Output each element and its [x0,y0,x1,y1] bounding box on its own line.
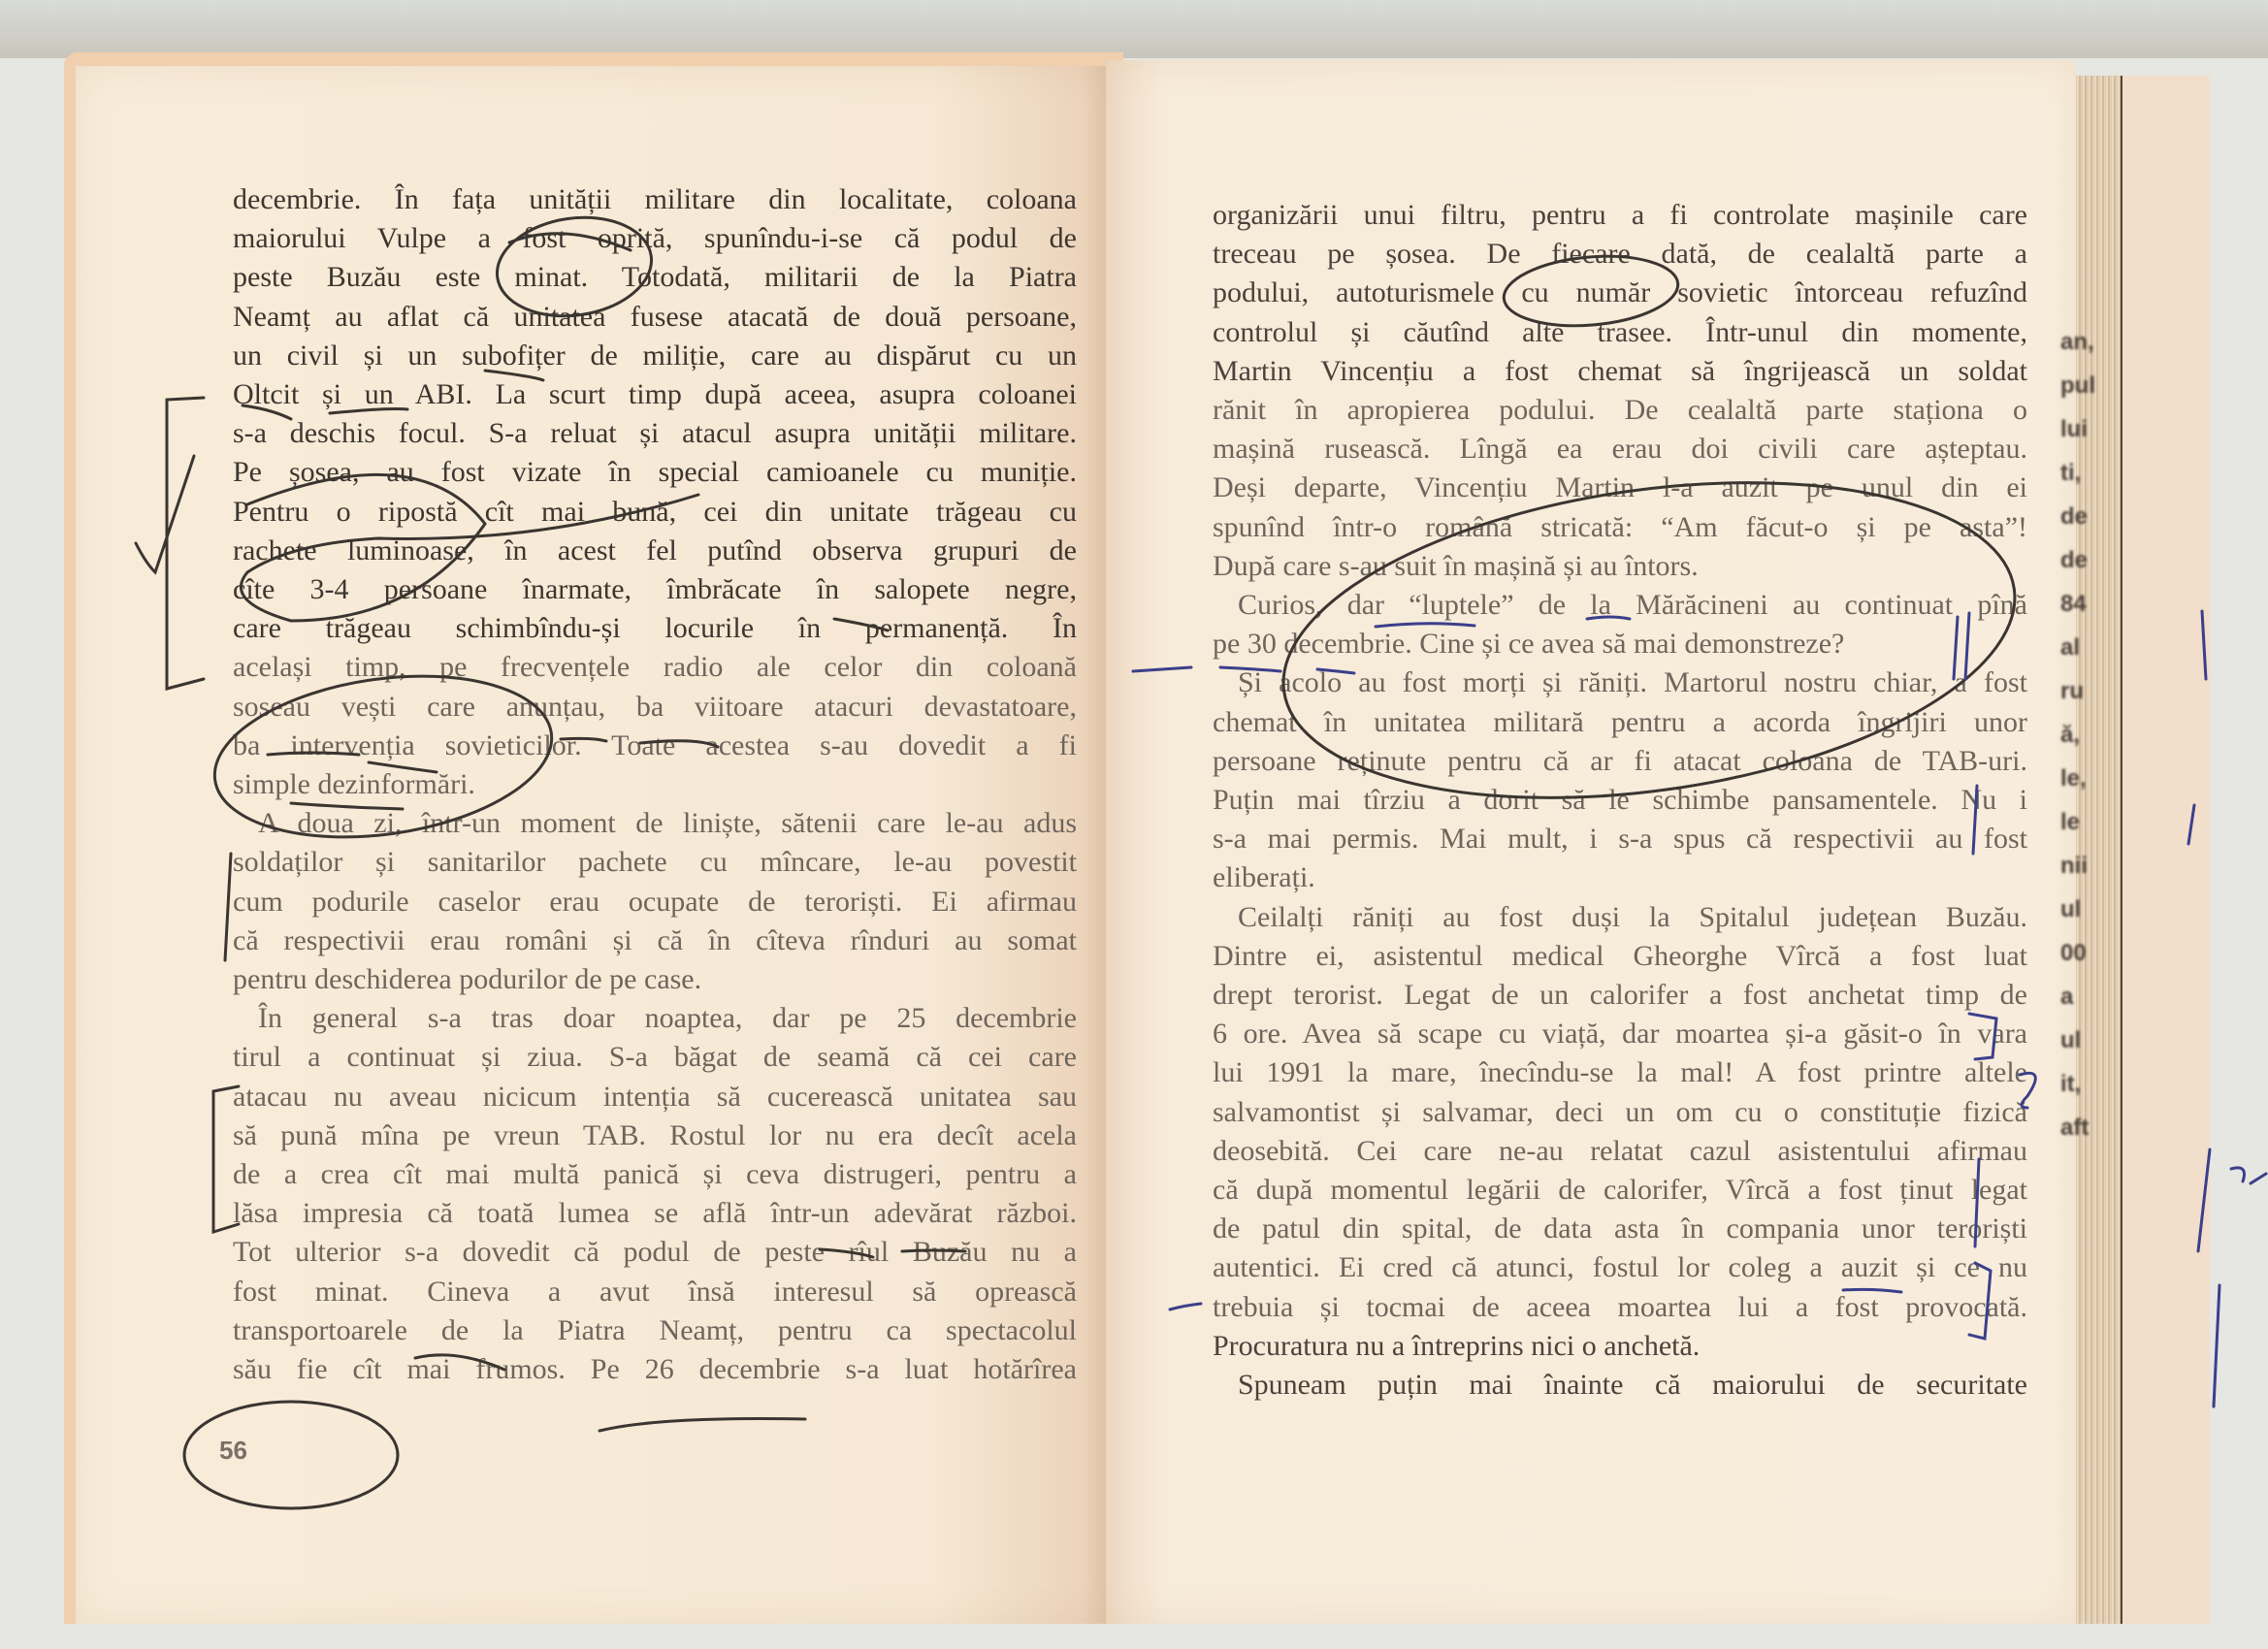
bleed-word: ul [2060,1018,2095,1062]
next-page-bleed-text: an, pul lui ti, de de 84 al ru ă, le, le… [2060,320,2095,1149]
text-line: trebuia și tocmai de aceea moartea lui a… [1213,1288,2027,1327]
bleed-word: lui [2060,407,2095,451]
text-line: de a crea cît mai multă panică și ceva d… [233,1155,1077,1194]
text-line: peste Buzău este minat. Totodată, milita… [233,258,1077,297]
text-line: să pună mîna pe vreun TAB. Rostul lor nu… [233,1116,1077,1155]
bleed-word: le, [2060,757,2095,800]
left-page: decembrie. În fața unității militare din… [64,52,1123,1624]
bleed-word: a [2060,975,2095,1018]
text-line: fost minat. Cineva a avut însă interesul… [233,1273,1077,1311]
text-line: Ceilalți răniți au fost duși la Spitalul… [1213,898,2027,937]
text-line: spunînd într-o română stricată: “Am făcu… [1213,508,2027,547]
bleed-word: ul [2060,888,2095,931]
bleed-word: pul [2060,364,2095,407]
text-line: Neamț au aflat că unitatea fusese atacat… [233,298,1077,337]
text-line: tirul a continuat și ziua. S-a băgat de … [233,1038,1077,1077]
bleed-word: 84 [2060,582,2095,626]
bleed-word: al [2060,626,2095,669]
text-line: de patul din spital, de data asta în com… [1213,1210,2027,1248]
text-line: maiorului Vulpe a fost oprită, spunîndu-… [233,219,1077,258]
text-line: drept terorist. Legat de un calorifer a … [1213,976,2027,1015]
text-line: Pe șosea, au fost vizate în special cami… [233,453,1077,492]
text-line: salvamontist și salvamar, deci un om cu … [1213,1093,2027,1132]
text-line: transportoarele de la Piatra Neamț, pent… [233,1311,1077,1350]
text-line: că respectivii erau români și că în cîte… [233,921,1077,960]
text-line: Și acolo au fost morți și răniți. Martor… [1213,663,2027,702]
text-line: Deși departe, Vincențiu Martin l-a auzit… [1213,469,2027,507]
text-line: lui 1991 la mare, înecîndu-se la mal! A … [1213,1053,2027,1092]
text-line: decembrie. În fața unității militare din… [233,180,1077,219]
text-line: său fie cît mai frumos. Pe 26 decembrie … [233,1350,1077,1389]
next-page-edge [2121,76,2210,1624]
text-line: simple dezinformări. [233,765,1077,804]
edge-bracket [2214,1285,2219,1406]
text-line: autentici. Ei cred că atunci, fostul lor… [1213,1248,2027,1287]
text-line: s-a deschis focul. S-a reluat și atacul … [233,414,1077,453]
text-line: lăsa impresia că toată lumea se află înt… [233,1194,1077,1233]
bleed-word: de [2060,495,2095,538]
text-line: În general s-a tras doar noaptea, dar pe… [233,999,1077,1038]
text-line: soseau vești care anunțau, ba viitoare a… [233,688,1077,727]
text-line: eliberați. [1213,858,2027,897]
text-line: Dintre ei, asistentul medical Gheorghe V… [1213,937,2027,976]
text-line: care trăgeau schimbîndu-și locurile în p… [233,609,1077,648]
text-line: Pentru o ripostă cît mai bună, cei din u… [233,493,1077,532]
text-line: Puțin mai tîrziu a dorit să le schimbe p… [1213,781,2027,820]
text-line: pe 30 decembrie. Cine și ce avea să mai … [1213,625,2027,663]
bleed-word: an, [2060,320,2095,364]
bleed-word: ti, [2060,451,2095,495]
text-line: că după momentul legării de calorifer, V… [1213,1171,2027,1210]
text-line: Curios, dar “luptele” de la Mărăcineni a… [1213,586,2027,625]
text-line: pentru deschiderea podurilor de pe case. [233,960,1077,999]
text-line: După care s-au suit în mașină și au înto… [1213,547,2027,586]
text-line: s-a mai permis. Mai mult, i s-a spus că … [1213,820,2027,858]
page-number-left: 56 [219,1436,247,1466]
bleed-word: de [2060,538,2095,582]
bleed-word: it, [2060,1062,2095,1106]
text-line: organizării unui filtru, pentru a fi con… [1213,196,2027,235]
text-line: cîte 3-4 persoane înarmate, îmbrăcate în… [233,570,1077,609]
text-line: soldaților și sanitarilor pachete cu mîn… [233,843,1077,882]
text-line: mașină rusească. Lîngă ea erau doi civil… [1213,430,2027,469]
text-line: ba intervenția sovieticilor. Toate acest… [233,727,1077,765]
left-page-text: decembrie. În fața unității militare din… [233,180,1077,1389]
text-line: Procuratura nu a întreprins nici o anche… [1213,1327,2027,1366]
text-line: chemat în unitatea militară pentru a aco… [1213,703,2027,742]
text-line: cum podurile caselor erau ocupate de ter… [233,883,1077,921]
text-line: rachete luminoase, în acest fel putînd o… [233,532,1077,570]
bleed-word: le [2060,800,2095,844]
text-line: 6 ore. Avea să scape cu viață, dar moart… [1213,1015,2027,1053]
open-book: decembrie. În fața unității militare din… [64,52,2198,1624]
right-page: organizării unui filtru, pentru a fi con… [1106,60,2076,1624]
right-page-text: organizării unui filtru, pentru a fi con… [1213,196,2027,1405]
text-line: deosebită. Cei care ne-au relatat cazul … [1213,1132,2027,1171]
bleed-word: ă, [2060,713,2095,757]
bleed-word: 00 [2060,931,2095,975]
text-line: Martin Vincențiu a fost chemat să îngrij… [1213,352,2027,391]
text-line: podului, autoturismele cu număr sovietic… [1213,274,2027,312]
text-line: un civil și un subofițer de miliție, car… [233,337,1077,375]
text-line: atacau nu aveau nicicum intenția să cuce… [233,1078,1077,1116]
text-line: Spuneam puțin mai înainte că maiorului d… [1213,1366,2027,1405]
edge-question-annotation [2231,1168,2266,1183]
text-line: rănit în apropierea podului. De cealaltă… [1213,391,2027,430]
scanner-background [0,0,2268,58]
text-line: A doua zi, într-un moment de liniște, să… [233,804,1077,843]
bleed-word: ru [2060,669,2095,713]
text-line: Oltcit și un ABI. La scurt timp după ace… [233,375,1077,414]
text-line: Tot ulterior s-a dovedit că podul de pes… [233,1233,1077,1272]
text-line: același timp, pe frecvențele radio ale c… [233,648,1077,687]
text-line: controlul și căutînd alte trasee. Într-u… [1213,313,2027,352]
text-line: persoane reținute pentru că ar fi atacat… [1213,742,2027,781]
bleed-word: aft [2060,1106,2095,1149]
text-line: treceau pe șosea. De fiecare dată, de ce… [1213,235,2027,274]
bleed-word: nii [2060,844,2095,888]
